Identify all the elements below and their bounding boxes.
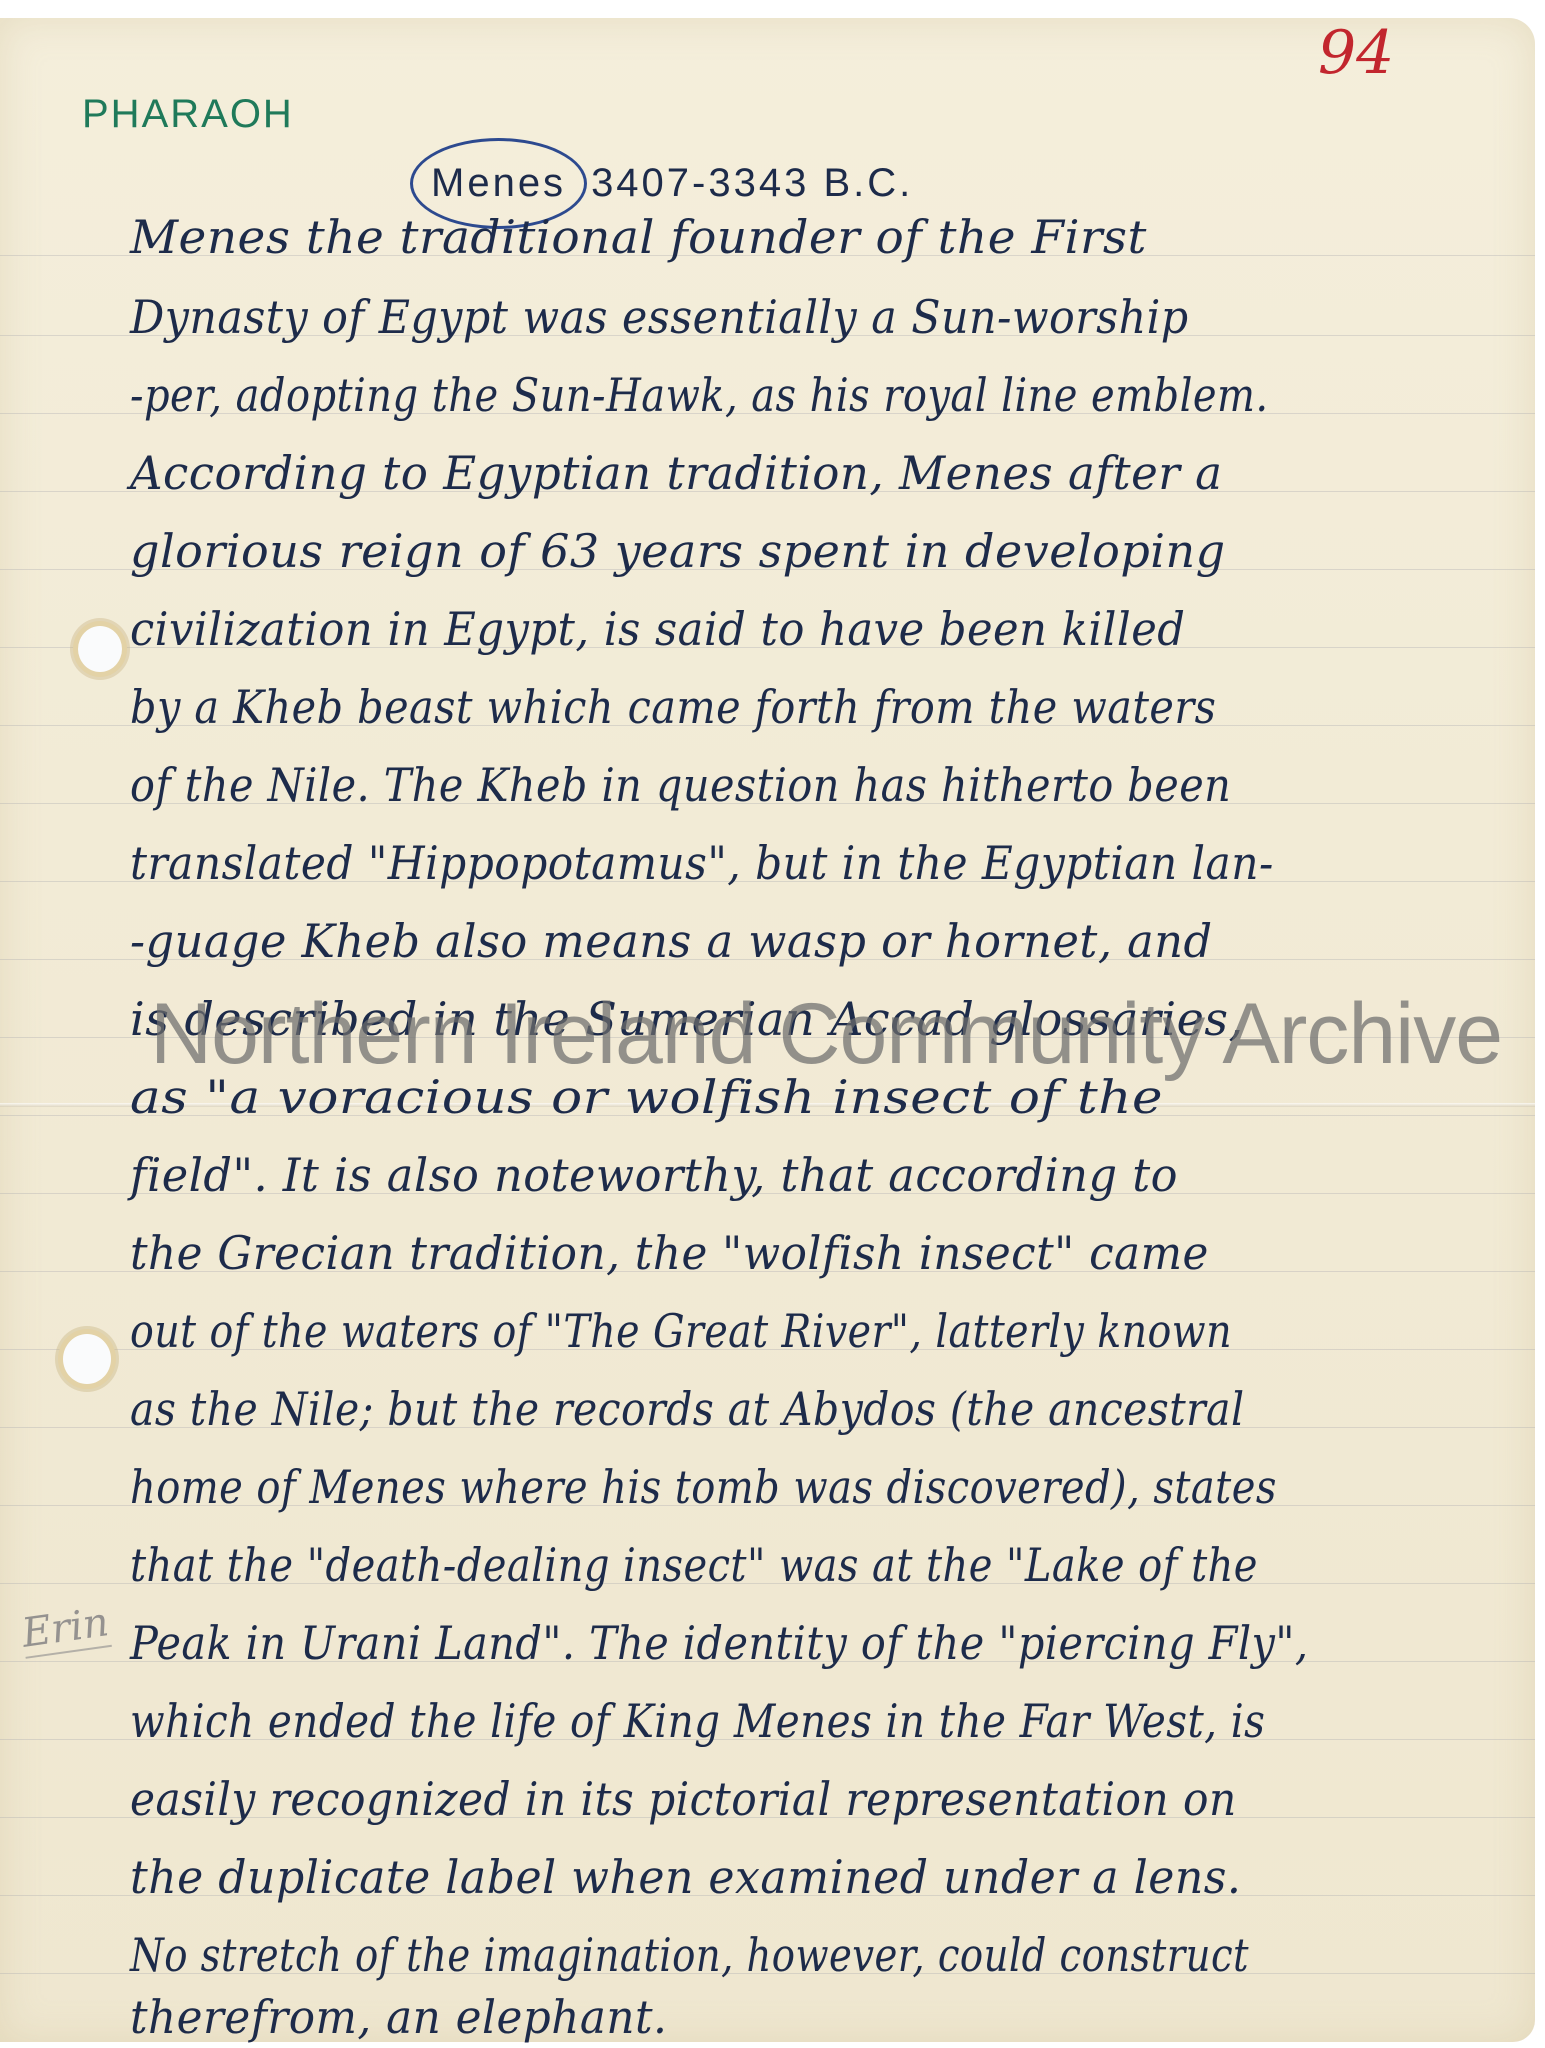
archive-watermark: Northern Ireland Community Archive — [150, 985, 1410, 1084]
text-line: therefrom, an elephant. — [130, 1990, 667, 2044]
text-line: translated "Hippopotamus", but in the Eg… — [130, 836, 1274, 890]
text-line: that the "death-dealing insect" was at t… — [130, 1538, 1258, 1592]
title-dates: 3407-3343 B.C. — [591, 161, 913, 205]
text-line: by a Kheb beast which came forth from th… — [130, 680, 1216, 734]
punch-hole — [63, 1334, 111, 1384]
text-line: According to Egyptian tradition, Menes a… — [130, 446, 1223, 500]
text-line: which ended the life of King Menes in th… — [130, 1694, 1265, 1748]
text-line: Menes the traditional founder of the Fir… — [130, 210, 1147, 264]
category-label: PHARAOH — [82, 92, 294, 137]
text-line: field". It is also noteworthy, that acco… — [130, 1148, 1178, 1202]
text-line: as the Nile; but the records at Abydos (… — [130, 1382, 1245, 1436]
text-line: -per, adopting the Sun-Hawk, as his roya… — [130, 368, 1268, 422]
text-line: Peak in Urani Land". The identity of the… — [130, 1616, 1308, 1670]
text-line: of the Nile. The Kheb in question has hi… — [130, 758, 1231, 812]
text-line: easily recognized in its pictorial repre… — [130, 1772, 1237, 1826]
text-line: the Grecian tradition, the "wolfish inse… — [130, 1226, 1209, 1280]
text-line: out of the waters of "The Great River", … — [130, 1304, 1232, 1358]
punch-hole — [78, 626, 122, 672]
text-line: civilization in Egypt, is said to have b… — [130, 602, 1185, 656]
page-number: 94 — [1318, 18, 1394, 88]
text-line: Dynasty of Egypt was essentially a Sun-w… — [130, 290, 1189, 344]
text-line: -guage Kheb also means a wasp or hornet,… — [130, 914, 1213, 968]
text-line: home of Menes where his tomb was discove… — [130, 1460, 1277, 1514]
text-line: the duplicate label when examined under … — [130, 1850, 1241, 1904]
text-line: glorious reign of 63 years spent in deve… — [130, 524, 1226, 578]
text-line: No stretch of the imagination, however, … — [130, 1928, 1249, 1982]
